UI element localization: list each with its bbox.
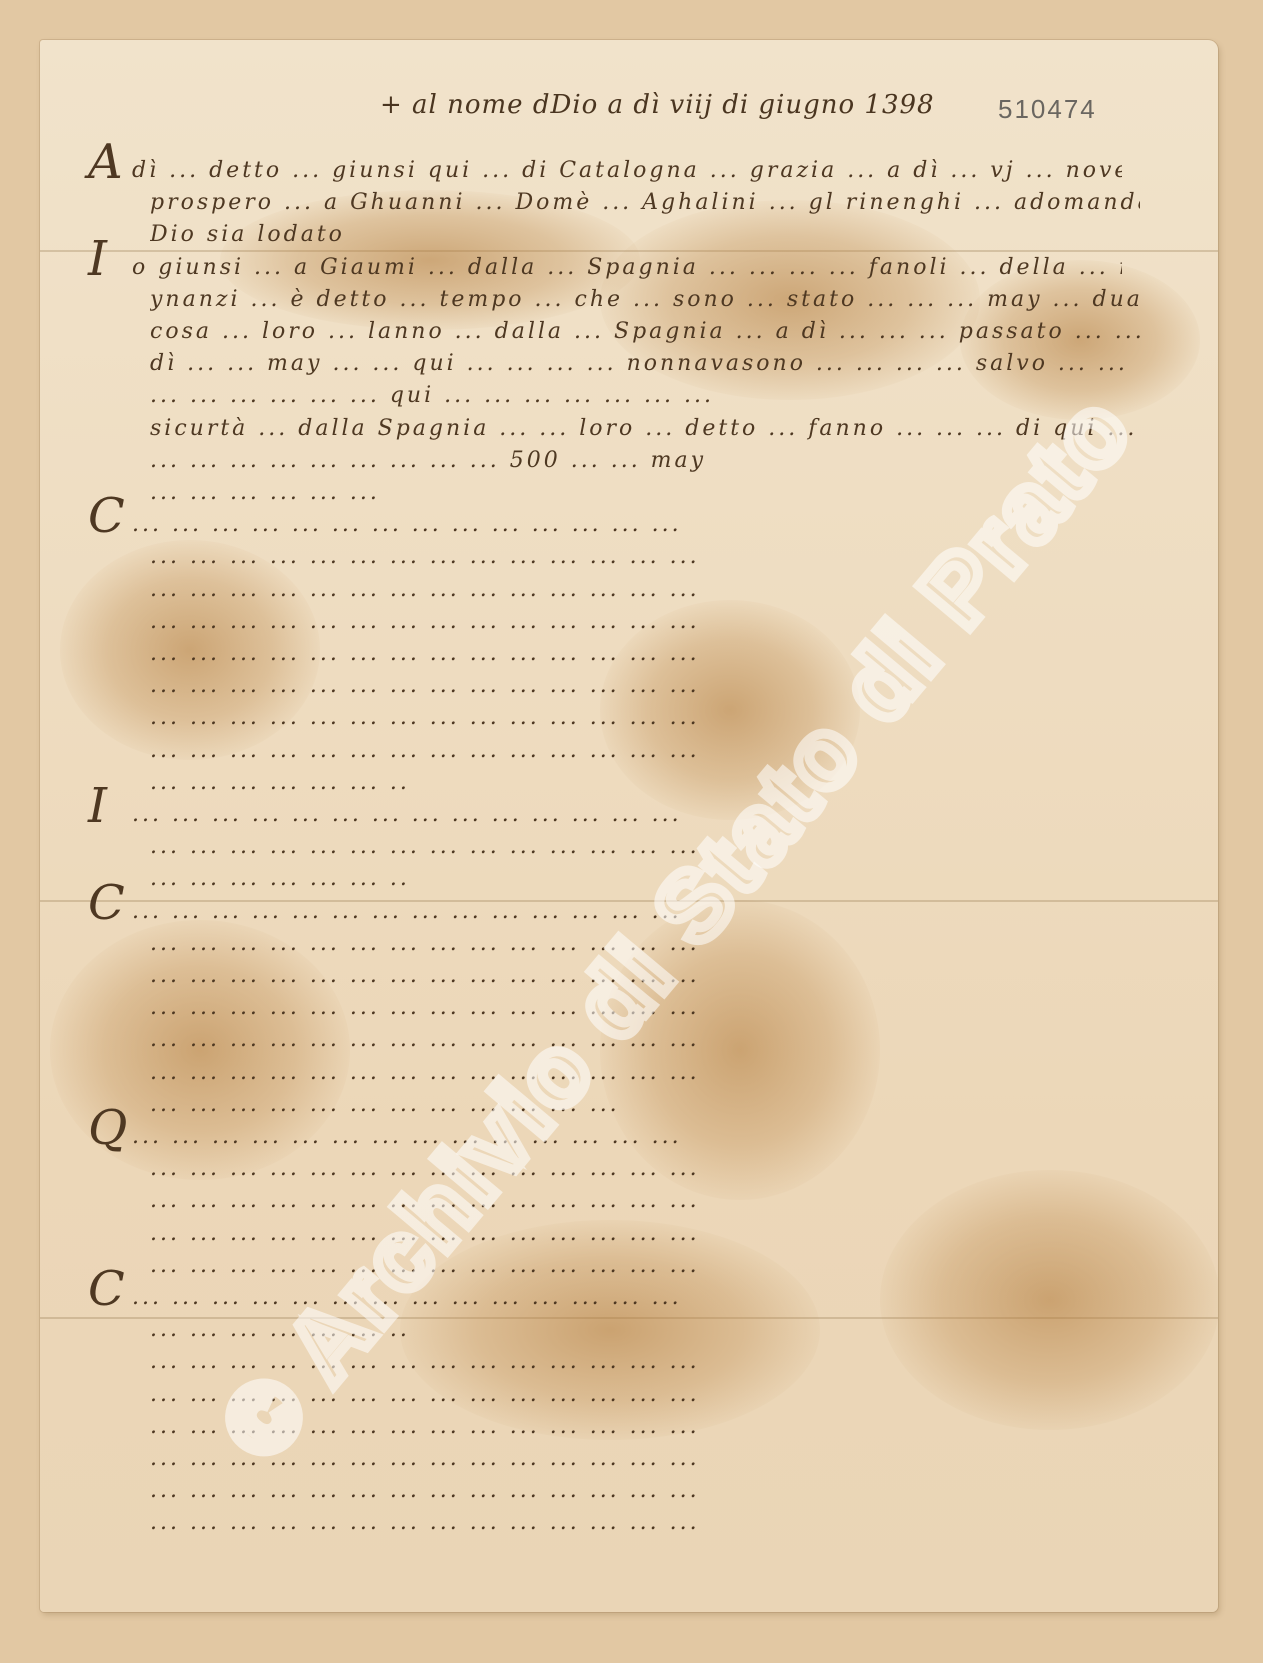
decorated-initial: I	[88, 778, 107, 834]
manuscript-sheet: + al nome dDio a dì viij di giugno 1398 …	[40, 40, 1218, 1612]
handwritten-line: ... ... ... ... ... ... ... ... ... ... …	[150, 705, 710, 731]
handwritten-line: ... ... ... ... ... ... ... ... ... ... …	[150, 834, 710, 860]
handwritten-line: dì ... ... may ... ... qui ... ... ... .…	[150, 351, 1140, 377]
handwritten-line: ... ... ... ... ... ... ... ... ... ... …	[132, 512, 692, 538]
handwritten-line: ... ... ... ... ... ... ... ... ... ... …	[132, 802, 692, 828]
handwritten-line: ... ... ... ... ... ... ... ... ... ... …	[150, 1478, 710, 1504]
handwritten-line: sicurtà ... dalla Spagnia ... ... loro .…	[150, 416, 1140, 442]
handwritten-line: dì ... detto ... giunsi qui ... di Catal…	[132, 158, 1122, 184]
handwritten-line: ... ... ... ... ... ... ... ... ... ... …	[132, 1124, 692, 1150]
handwritten-line: ... ... ... ... ... ... ... ... ... ... …	[150, 1446, 710, 1472]
handwritten-line: ... ... ... ... ... ... ... ...	[150, 770, 410, 796]
decorated-initial: C	[88, 488, 125, 544]
handwritten-line: ... ... ... ... ... ... ... ... ... ... …	[150, 1092, 710, 1118]
handwritten-line: Dio sia lodato	[150, 222, 410, 248]
decorated-initial: C	[88, 1261, 125, 1317]
letter-body: Adì ... detto ... giunsi qui ... di Cata…	[40, 40, 1218, 1612]
handwritten-line: ... ... ... ... ... ... ... ... ... ... …	[150, 673, 710, 699]
handwritten-line: ynanzi ... è detto ... tempo ... che ...…	[150, 287, 1140, 313]
handwritten-line: ... ... ... ... ... ... ... ... ... ... …	[150, 1510, 710, 1536]
handwritten-line: ... ... ... ... ... ... ... ... ... ... …	[150, 609, 710, 635]
handwritten-line: ... ... ... ... ... ... ... ... ... ... …	[150, 544, 710, 570]
handwritten-line: ... ... ... ... ... ... ... ... ... ... …	[150, 738, 710, 764]
handwritten-line: ... ... ... ... ... ... ... ... ... ... …	[150, 641, 710, 667]
handwritten-line: o giunsi ... a Giaumi ... dalla ... Spag…	[132, 255, 1122, 281]
decorated-initial: C	[88, 875, 125, 931]
handwritten-line: ... ... ... ... ... ... ... ... ... ... …	[132, 899, 692, 925]
handwritten-line: prospero ... a Ghuanni ... Domè ... Agha…	[150, 190, 1140, 216]
handwritten-line: ... ... ... ... ... ... ... ... ... ...	[150, 866, 410, 892]
handwritten-line: cosa ... loro ... lanno ... dalla ... Sp…	[150, 319, 1140, 345]
handwritten-line: ... ... ... ... ... ... qui ... ... ... …	[150, 383, 710, 409]
decorated-initial: I	[88, 231, 107, 287]
decorated-initial: Q	[88, 1100, 127, 1156]
decorated-initial: A	[88, 134, 123, 190]
handwritten-line: ... ... ... ... ... ...	[150, 480, 410, 506]
handwritten-line: ... ... ... ... ... ... ... ... ... 500 …	[150, 448, 710, 474]
handwritten-line: ... ... ... ... ... ... ... ... ... ... …	[150, 577, 710, 603]
